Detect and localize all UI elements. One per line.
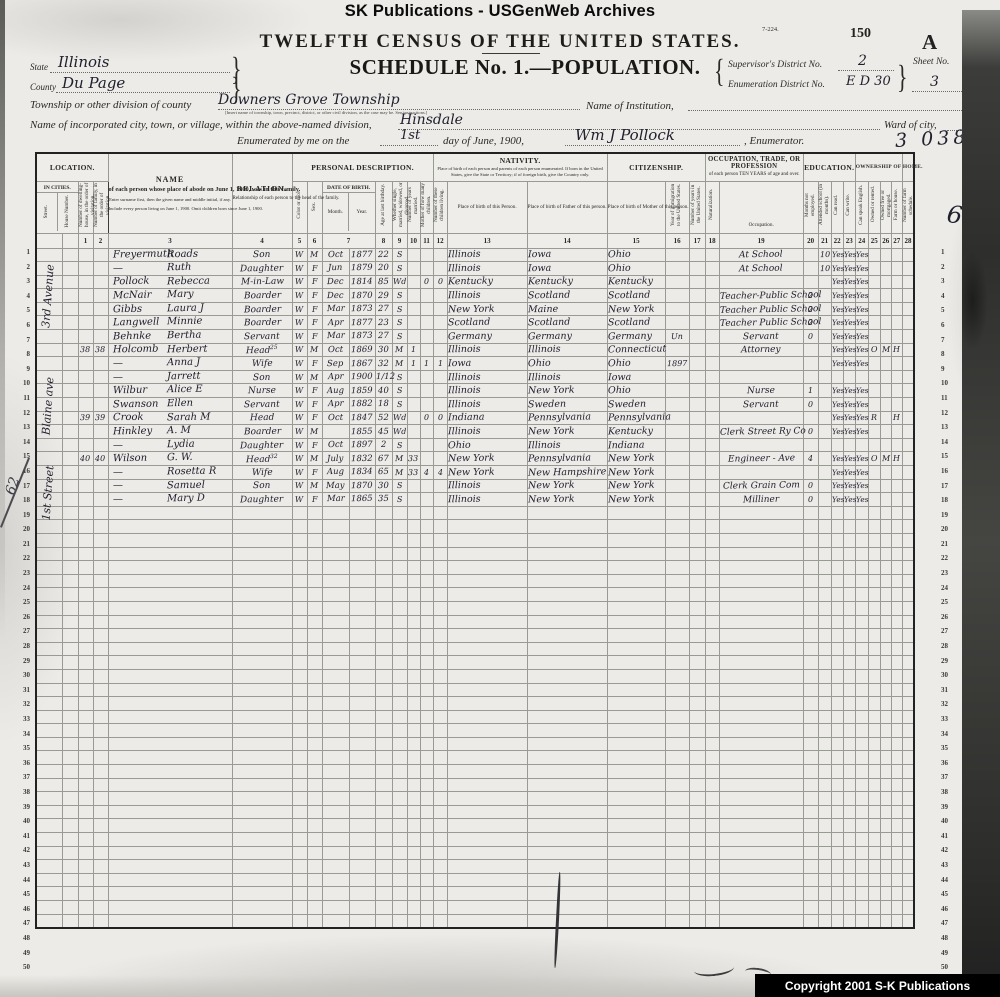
cell-own-r12 <box>868 398 880 412</box>
cell-age-r14: 45 <box>375 425 392 439</box>
cell-mo-r39 <box>322 765 349 779</box>
cell-occ-r14: Clerk Street Ry Co <box>719 425 803 439</box>
cell-bp-r25 <box>447 574 527 588</box>
cell-rd-r45 <box>831 846 843 860</box>
cell-mar-r28 <box>392 615 407 629</box>
cell-occ-r50 <box>719 914 803 928</box>
cell-en-r45 <box>855 846 868 860</box>
cell-yr-r27 <box>349 601 375 615</box>
cell-mo-r7: Mar <box>322 330 349 344</box>
cell-bf-r43 <box>527 819 607 833</box>
cell-sex-r1: M <box>307 248 322 262</box>
cell-yr-r8: 1869 <box>349 343 375 357</box>
cell-cl-r20 <box>433 506 447 520</box>
cell-mne-r25 <box>803 574 818 588</box>
cell-dw-r37 <box>78 737 93 751</box>
cell-sex-r29 <box>307 629 322 643</box>
cell-yu-r34 <box>689 697 705 711</box>
cell-rd-r6: Yes <box>831 316 843 330</box>
row-number-6: 6 <box>941 318 953 333</box>
cell-mo-r26 <box>322 588 349 602</box>
cell-cl-r36 <box>433 724 447 738</box>
cell-col-r20 <box>292 506 307 520</box>
cell-own-r1 <box>868 248 880 262</box>
cell-occ-r13 <box>719 411 803 425</box>
cell-occ-r3 <box>719 275 803 289</box>
cell-mo-r4: Dec <box>322 289 349 303</box>
cell-ym-r35 <box>407 710 420 724</box>
cell-rel-r31 <box>232 656 292 670</box>
group-ownership: OWNERSHIP OF HOME. <box>855 153 902 181</box>
cell-fs-r28 <box>902 615 914 629</box>
cell-bf-r32 <box>527 669 607 683</box>
cell-rel-r29 <box>232 629 292 643</box>
cell-wr-r28 <box>843 615 855 629</box>
cell-yr-r21 <box>349 520 375 534</box>
cell-ym-r18 <box>407 479 420 493</box>
cell-im-r20 <box>665 506 689 520</box>
cell-sex-r18: M <box>307 479 322 493</box>
cell-own-r39 <box>868 765 880 779</box>
cell-cl-r22 <box>433 533 447 547</box>
cell-im-r19 <box>665 493 689 507</box>
cell-mtg-r25 <box>880 574 891 588</box>
cell-ym-r28 <box>407 615 420 629</box>
cell-dw-r49 <box>78 901 93 915</box>
cell-col-r14: W <box>292 425 307 439</box>
cell-cl-r32 <box>433 669 447 683</box>
cell-bm-r8: Connecticut <box>607 343 665 357</box>
head-house-number: House Number. <box>57 193 78 231</box>
cell-fs-r17 <box>902 466 914 480</box>
cell-occ-r15 <box>719 438 803 452</box>
cell-sch-r32 <box>818 669 831 683</box>
cell-fs-r29 <box>902 629 914 643</box>
cell-name-r36 <box>108 724 232 738</box>
cell-dw-r30 <box>78 642 93 656</box>
census-row-42 <box>36 805 914 819</box>
cell-mc-r7 <box>420 330 433 344</box>
cell-mo-r17: Aug <box>322 466 349 480</box>
cell-dw-r36 <box>78 724 93 738</box>
cell-name-r40 <box>108 778 232 792</box>
cell-bp-r46 <box>447 860 527 874</box>
cell-bp-r8: Illinois <box>447 343 527 357</box>
cell-mo-r20 <box>322 506 349 520</box>
cell-name-r19: —Mary D <box>108 493 232 507</box>
cell-fh-r50 <box>891 914 902 928</box>
cell-sex-r15: F <box>307 438 322 452</box>
cell-sex-r45 <box>307 846 322 860</box>
cell-bf-r44 <box>527 833 607 847</box>
cell-fs-r26 <box>902 588 914 602</box>
cell-mc-r3: 0 <box>420 275 433 289</box>
head-date-of-birth: DATE OF BIRTH. Month. Year. <box>322 181 375 233</box>
cell-im-r14 <box>665 425 689 439</box>
cell-bf-r49 <box>527 901 607 915</box>
cell-nz-r42 <box>705 805 719 819</box>
row-number-24: 24 <box>18 581 30 596</box>
cell-ym-r11 <box>407 384 420 398</box>
cell-yr-r31 <box>349 656 375 670</box>
cell-mne-r15 <box>803 438 818 452</box>
cell-rd-r39 <box>831 765 843 779</box>
cell-yu-r2 <box>689 262 705 276</box>
cell-fm-r34 <box>93 697 108 711</box>
cell-fs-r41 <box>902 792 914 806</box>
cell-age-r36 <box>375 724 392 738</box>
cell-fs-r46 <box>902 860 914 874</box>
cell-yu-r23 <box>689 547 705 561</box>
cell-bp-r10: Illinois <box>447 370 527 384</box>
row-number-19: 19 <box>941 508 953 523</box>
cell-own-r34 <box>868 697 880 711</box>
cell-mne-r1 <box>803 248 818 262</box>
cell-fs-r36 <box>902 724 914 738</box>
group-location: LOCATION. <box>36 153 108 181</box>
row-number-42: 42 <box>18 843 30 858</box>
cell-bm-r26 <box>607 588 665 602</box>
cell-own-r50 <box>868 914 880 928</box>
cell-name-r3: PollockRebecca <box>108 275 232 289</box>
cell-bm-r38 <box>607 751 665 765</box>
cell-bp-r12: Illinois <box>447 398 527 412</box>
cell-bm-r32 <box>607 669 665 683</box>
cell-st-r25 <box>36 574 62 588</box>
cell-fs-r15 <box>902 438 914 452</box>
cell-mc-r10 <box>420 370 433 384</box>
cell-en-r34 <box>855 697 868 711</box>
census-row-13: 3939CrookSarah MHeadWFOct184752Wd00India… <box>36 411 914 425</box>
cell-mo-r1: Oct <box>322 248 349 262</box>
cell-im-r43 <box>665 819 689 833</box>
cell-hs-r3 <box>62 275 78 289</box>
cell-mar-r29 <box>392 629 407 643</box>
cell-col-r44 <box>292 833 307 847</box>
cell-mo-r37 <box>322 737 349 751</box>
cell-mar-r24 <box>392 561 407 575</box>
cell-fh-r43 <box>891 819 902 833</box>
cell-fh-r6 <box>891 316 902 330</box>
cell-own-r18 <box>868 479 880 493</box>
head-mother-of: Mother of how many children. <box>420 181 433 233</box>
cell-name-r50 <box>108 914 232 928</box>
cell-name-r32 <box>108 669 232 683</box>
cell-rd-r7: Yes <box>831 330 843 344</box>
cell-wr-r20 <box>843 506 855 520</box>
cell-nz-r18 <box>705 479 719 493</box>
cell-im-r16 <box>665 452 689 466</box>
cell-own-r3 <box>868 275 880 289</box>
cell-im-r7: Un <box>665 330 689 344</box>
cell-sex-r43 <box>307 819 322 833</box>
cell-hs-r13 <box>62 411 78 425</box>
cell-fm-r29 <box>93 629 108 643</box>
cell-occ-r28 <box>719 615 803 629</box>
cell-fs-r6 <box>902 316 914 330</box>
cell-en-r43 <box>855 819 868 833</box>
cell-yu-r36 <box>689 724 705 738</box>
cell-hs-r32 <box>62 669 78 683</box>
cell-nz-r50 <box>705 914 719 928</box>
cell-sch-r15 <box>818 438 831 452</box>
cell-mtg-r22 <box>880 533 891 547</box>
cell-im-r30 <box>665 642 689 656</box>
cell-sex-r47 <box>307 873 322 887</box>
cell-bm-r42 <box>607 805 665 819</box>
cell-hs-r27 <box>62 601 78 615</box>
row-number-37: 37 <box>18 770 30 785</box>
group-occupation: OCCUPATION, TRADE, OR PROFESSION of each… <box>705 153 803 181</box>
cell-mo-r50 <box>322 914 349 928</box>
cell-col-r42 <box>292 805 307 819</box>
cell-own-r41 <box>868 792 880 806</box>
head-marital: Whether single, married, widowed, or div… <box>392 181 407 233</box>
cell-ym-r44 <box>407 833 420 847</box>
cell-sch-r7 <box>818 330 831 344</box>
cell-rel-r26 <box>232 588 292 602</box>
row-number-25: 25 <box>18 595 30 610</box>
cell-st-r41 <box>36 792 62 806</box>
colnum: 18 <box>705 233 719 248</box>
cell-rel-r24 <box>232 561 292 575</box>
cell-mo-r41 <box>322 792 349 806</box>
cell-col-r38 <box>292 751 307 765</box>
cell-fs-r38 <box>902 751 914 765</box>
cell-yr-r37 <box>349 737 375 751</box>
cell-wr-r27 <box>843 601 855 615</box>
cell-yu-r13 <box>689 411 705 425</box>
cell-mar-r41 <box>392 792 407 806</box>
cell-sch-r38 <box>818 751 831 765</box>
cell-rd-r24 <box>831 561 843 575</box>
cell-yu-r12 <box>689 398 705 412</box>
cell-mo-r48 <box>322 887 349 901</box>
row-number-45: 45 <box>18 887 30 902</box>
cell-fh-r3 <box>891 275 902 289</box>
cell-st-r48 <box>36 887 62 901</box>
cell-wr-r24 <box>843 561 855 575</box>
cell-bf-r39 <box>527 765 607 779</box>
cell-mar-r39 <box>392 765 407 779</box>
cell-nz-r16 <box>705 452 719 466</box>
cell-age-r38 <box>375 751 392 765</box>
publisher-banner: SK Publications - USGenWeb Archives <box>0 2 1000 21</box>
cell-mar-r49 <box>392 901 407 915</box>
cell-own-r25 <box>868 574 880 588</box>
cell-own-r49 <box>868 901 880 915</box>
city-value: Hinsdale <box>400 112 463 128</box>
cell-mc-r9: 1 <box>420 357 433 371</box>
cell-mne-r50 <box>803 914 818 928</box>
cell-occ-r10 <box>719 370 803 384</box>
cell-own-r47 <box>868 873 880 887</box>
cell-ym-r29 <box>407 629 420 643</box>
cell-rel-r32 <box>232 669 292 683</box>
cell-fm-r21 <box>93 520 108 534</box>
cell-mtg-r30 <box>880 642 891 656</box>
cell-sch-r18 <box>818 479 831 493</box>
cell-bm-r24 <box>607 561 665 575</box>
cell-mtg-r24 <box>880 561 891 575</box>
cell-bm-r13: Pennsylvania <box>607 411 665 425</box>
cell-wr-r22 <box>843 533 855 547</box>
cell-bf-r2: Iowa <box>527 262 607 276</box>
cell-nz-r19 <box>705 493 719 507</box>
institution-label: Name of Institution, <box>586 100 674 112</box>
cell-ym-r47 <box>407 873 420 887</box>
cell-mar-r34 <box>392 697 407 711</box>
cell-bf-r19: New York <box>527 493 607 507</box>
cell-col-r13: W <box>292 411 307 425</box>
cell-im-r45 <box>665 846 689 860</box>
cell-wr-r31 <box>843 656 855 670</box>
cell-mar-r3: Wd <box>392 275 407 289</box>
cell-occ-r21 <box>719 520 803 534</box>
cell-nz-r9 <box>705 357 719 371</box>
cell-fm-r46 <box>93 860 108 874</box>
cell-bp-r28 <box>447 615 527 629</box>
cell-bf-r45 <box>527 846 607 860</box>
cell-sex-r37 <box>307 737 322 751</box>
cell-name-r1: FreyermuthRoads <box>108 248 232 262</box>
cell-own-r17 <box>868 466 880 480</box>
cell-occ-r43 <box>719 819 803 833</box>
cell-rel-r20 <box>232 506 292 520</box>
cell-en-r22 <box>855 533 868 547</box>
census-row-9: —Anna JWifeWFSep186732M111IowaOhioOhio18… <box>36 357 914 371</box>
cell-im-r48 <box>665 887 689 901</box>
cell-age-r49 <box>375 901 392 915</box>
cell-im-r18 <box>665 479 689 493</box>
cell-bp-r6: Scotland <box>447 316 527 330</box>
cell-fh-r16: H <box>891 452 902 466</box>
cell-hs-r2 <box>62 262 78 276</box>
cell-ym-r2 <box>407 262 420 276</box>
cell-dw-r24 <box>78 561 93 575</box>
cell-fm-r9 <box>93 357 108 371</box>
head-year: Year. <box>348 193 375 231</box>
cell-bp-r40 <box>447 778 527 792</box>
cell-age-r45 <box>375 846 392 860</box>
cell-wr-r35 <box>843 710 855 724</box>
cell-sch-r2: 10 <box>818 262 831 276</box>
cell-age-r2: 20 <box>375 262 392 276</box>
row-number-35: 35 <box>18 741 30 756</box>
cell-col-r17: W <box>292 466 307 480</box>
state-label: State <box>30 62 48 72</box>
cell-rd-r21 <box>831 520 843 534</box>
cell-bf-r35 <box>527 710 607 724</box>
cell-rd-r25 <box>831 574 843 588</box>
page-number-stamp: 150 <box>850 26 871 42</box>
cell-im-r28 <box>665 615 689 629</box>
census-row-36 <box>36 724 914 738</box>
cell-fm-r18 <box>93 479 108 493</box>
cell-occ-r4: Teacher-Public School <box>719 289 803 303</box>
cell-col-r40 <box>292 778 307 792</box>
cell-bf-r38 <box>527 751 607 765</box>
cell-yu-r20 <box>689 506 705 520</box>
row-number-14: 14 <box>18 435 30 450</box>
cell-mtg-r31 <box>880 656 891 670</box>
cell-bm-r15: Indiana <box>607 438 665 452</box>
cell-nz-r3 <box>705 275 719 289</box>
cell-occ-r18: Clerk Grain Com <box>719 479 803 493</box>
cell-st-r40 <box>36 778 62 792</box>
cell-wr-r2: Yes <box>843 262 855 276</box>
cell-mc-r19 <box>420 493 433 507</box>
cell-yr-r32 <box>349 669 375 683</box>
cell-occ-r27 <box>719 601 803 615</box>
cell-sch-r40 <box>818 778 831 792</box>
cell-sch-r43 <box>818 819 831 833</box>
cell-mne-r36 <box>803 724 818 738</box>
cell-rd-r40 <box>831 778 843 792</box>
census-row-19: —Mary DDaughterWFMar186535SIllinoisNew Y… <box>36 493 914 507</box>
cell-sch-r30 <box>818 642 831 656</box>
cell-fm-r48 <box>93 887 108 901</box>
cell-sex-r38 <box>307 751 322 765</box>
cell-sch-r19 <box>818 493 831 507</box>
cell-sex-r4: F <box>307 289 322 303</box>
cell-mne-r33 <box>803 683 818 697</box>
cell-sex-r20 <box>307 506 322 520</box>
census-row-43 <box>36 819 914 833</box>
cell-yu-r50 <box>689 914 705 928</box>
enumerator-name: Wm J Pollock <box>575 126 675 144</box>
row-number-30: 30 <box>18 668 30 683</box>
row-number-28: 28 <box>941 639 953 654</box>
cell-nz-r44 <box>705 833 719 847</box>
cell-bm-r5: New York <box>607 302 665 316</box>
sheet-letter: A <box>922 30 937 55</box>
cell-rd-r10 <box>831 370 843 384</box>
census-row-37 <box>36 737 914 751</box>
cell-occ-r33 <box>719 683 803 697</box>
row-number-20: 20 <box>18 522 30 537</box>
cell-hs-r17 <box>62 466 78 480</box>
cell-fh-r34 <box>891 697 902 711</box>
cell-bf-r30 <box>527 642 607 656</box>
cell-sch-r49 <box>818 901 831 915</box>
cell-fh-r32 <box>891 669 902 683</box>
row-number-27: 27 <box>941 624 953 639</box>
cell-ym-r17: 33 <box>407 466 420 480</box>
cell-fs-r30 <box>902 642 914 656</box>
colnum: 7 <box>322 233 375 248</box>
cell-cl-r37 <box>433 737 447 751</box>
cell-hs-r43 <box>62 819 78 833</box>
cell-st-r24 <box>36 561 62 575</box>
cell-hs-r29 <box>62 629 78 643</box>
cell-mo-r46 <box>322 860 349 874</box>
cell-cl-r13: 0 <box>433 411 447 425</box>
cell-mtg-r26 <box>880 588 891 602</box>
cell-yu-r10 <box>689 370 705 384</box>
row-number-50: 50 <box>18 960 30 975</box>
cell-rel-r14: Boarder <box>232 425 292 439</box>
cell-own-r43 <box>868 819 880 833</box>
cell-st-r26 <box>36 588 62 602</box>
cell-rd-r23 <box>831 547 843 561</box>
cell-col-r26 <box>292 588 307 602</box>
cell-age-r47 <box>375 873 392 887</box>
cell-mar-r35 <box>392 710 407 724</box>
cell-mar-r44 <box>392 833 407 847</box>
cell-rd-r42 <box>831 805 843 819</box>
cell-fm-r20 <box>93 506 108 520</box>
